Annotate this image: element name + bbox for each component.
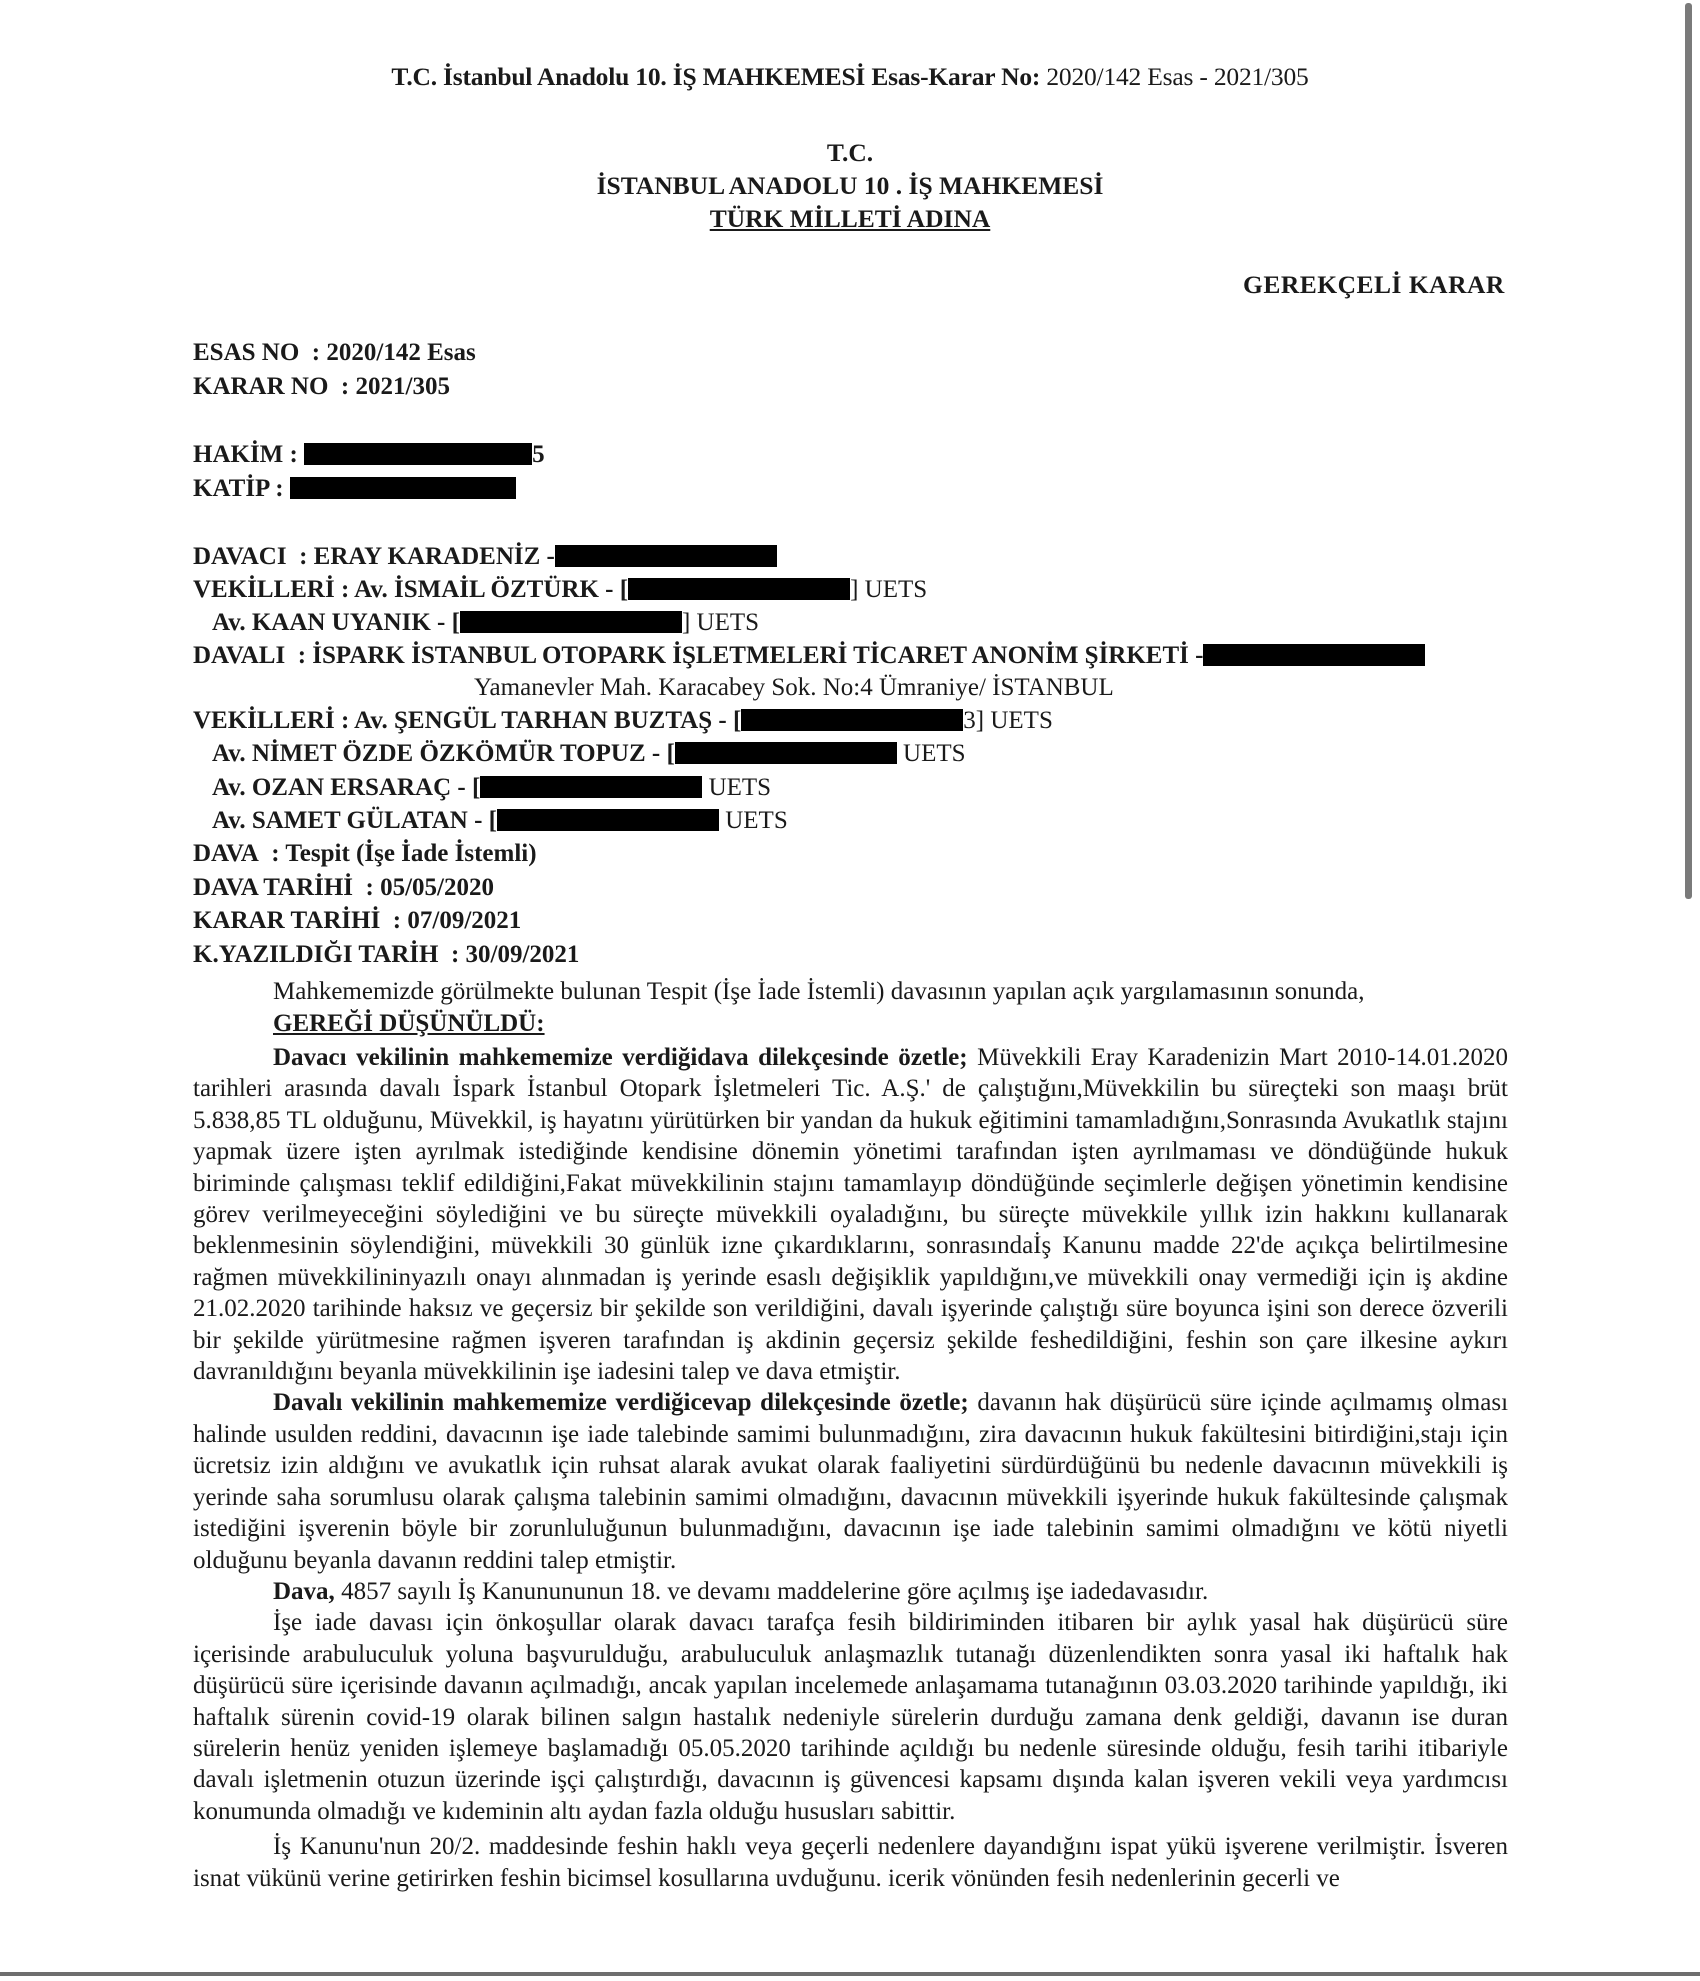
davali-vekil-2-suffix: UETS	[903, 740, 966, 767]
paragraph-text: İş Kanunu'nun 20/2. maddesinde feshin ha…	[193, 1833, 1508, 1891]
davaci-vekil-2: Av. KAAN UYANIK - [	[212, 609, 460, 636]
davaci-label: DAVACI	[193, 543, 287, 570]
court-name: İSTANBUL ANADOLU 10 . İŞ MAHKEMESİ	[0, 169, 1700, 202]
paragraph-text: İşe iade davası için önkoşullar olarak d…	[193, 1609, 1508, 1824]
redaction-bar	[304, 443, 532, 465]
davaci-vekil-1: Av. İSMAİL ÖZTÜRK - [	[354, 576, 628, 603]
redaction-bar	[290, 477, 516, 499]
dava-tarihi-label: DAVA TARİHİ	[193, 874, 353, 901]
dava-row: DAVA : Tespit (İşe İade İstemli)	[193, 839, 537, 869]
header-case-number: 2020/142 Esas - 2021/305	[1046, 62, 1308, 91]
paragraph-lead: Davalı vekilinin mahkememize verdiğiceva…	[273, 1389, 969, 1416]
esas-no-row: ESAS NO : 2020/142 Esas	[193, 338, 476, 368]
davali-vekil-1-suffix: 3] UETS	[963, 707, 1053, 734]
karar-tarihi-label: KARAR TARİHİ	[193, 907, 380, 934]
paragraph-case-basis: Dava, 4857 sayılı İş Kanunununun 18. ve …	[193, 1576, 1508, 1607]
davali-row: DAVALI : İSPARK İSTANBUL OTOPARK İŞLETME…	[193, 641, 1425, 671]
paragraph-burden-of-proof: İş Kanunu'nun 20/2. maddesinde feshin ha…	[193, 1831, 1508, 1894]
header-court-label: T.C. İstanbul Anadolu 10. İŞ MAHKEMESİ E…	[391, 62, 1040, 91]
hakim-suffix: 5	[532, 441, 545, 468]
yazildigi-tarih-row: K.YAZILDIĞI TARİH : 30/09/2021	[193, 940, 579, 970]
page-bottom-border	[0, 1972, 1700, 1976]
document-header: T.C. İstanbul Anadolu 10. İŞ MAHKEMESİ E…	[0, 62, 1700, 92]
yazildigi-tarih-value: 30/09/2021	[466, 941, 580, 968]
redaction-bar	[555, 545, 777, 567]
court-nation: TÜRK MİLLETİ ADINA	[0, 202, 1700, 235]
court-title-block: T.C. İSTANBUL ANADOLU 10 . İŞ MAHKEMESİ …	[0, 136, 1700, 235]
karar-no-value: 2021/305	[356, 373, 450, 400]
body-text: Davacı vekilinin mahkememize verdiğidava…	[193, 1042, 1508, 1894]
davaci-vekil-2-row: Av. KAAN UYANIK - [] UETS	[212, 608, 759, 638]
davali-vekil-4: Av. SAMET GÜLATAN - [	[212, 807, 497, 834]
katip-label: KATİP	[193, 475, 269, 502]
davali-vekil-1-row: VEKİLLERİ : Av. ŞENGÜL TARHAN BUZTAŞ - […	[193, 706, 1053, 736]
vekilleri-label: VEKİLLERİ	[193, 576, 335, 603]
yazildigi-tarih-label: K.YAZILDIĞI TARİH	[193, 941, 438, 968]
paragraph-preconditions: İşe iade davası için önkoşullar olarak d…	[193, 1607, 1508, 1827]
davaci-vekil-1-suffix: ] UETS	[850, 576, 927, 603]
karar-tarihi-value: 07/09/2021	[407, 907, 521, 934]
davali-label: DAVALI	[193, 642, 285, 669]
vekilleri-label: VEKİLLERİ	[193, 707, 335, 734]
document-type: GEREKÇELİ KARAR	[1243, 270, 1505, 300]
body-heading: GEREĞİ DÜŞÜNÜLDÜ:	[273, 1010, 545, 1038]
dava-tarihi-value: 05/05/2020	[380, 874, 494, 901]
davaci-row: DAVACI : ERAY KARADENİZ -	[193, 542, 777, 572]
karar-no-row: KARAR NO : 2021/305	[193, 372, 450, 402]
davaci-value: ERAY KARADENİZ -	[314, 543, 555, 570]
karar-tarihi-row: KARAR TARİHİ : 07/09/2021	[193, 906, 521, 936]
davali-vekil-3-suffix: UETS	[709, 774, 772, 801]
dava-tarihi-row: DAVA TARİHİ : 05/05/2020	[193, 873, 494, 903]
davali-vekil-4-row: Av. SAMET GÜLATAN - [ UETS	[212, 806, 788, 836]
davali-vekil-1: Av. ŞENGÜL TARHAN BUZTAŞ - [	[354, 707, 741, 734]
katip-row: KATİP :	[193, 474, 516, 504]
paragraph-text: 4857 sayılı İş Kanunununun 18. ve devamı…	[335, 1578, 1208, 1605]
paragraph-text: Müvekkili Eray Karadenizin Mart 2010-14.…	[193, 1044, 1508, 1385]
dava-value: Tespit (İşe İade İstemli)	[285, 840, 536, 867]
davali-vekil-2: Av. NİMET ÖZDE ÖZKÖMÜR TOPUZ - [	[212, 740, 675, 767]
esas-no-label: ESAS NO	[193, 339, 299, 366]
davali-vekil-3: Av. OZAN ERSARAÇ - [	[212, 774, 480, 801]
redaction-bar	[1203, 644, 1425, 666]
redaction-bar	[480, 776, 702, 798]
davaci-vekil-2-suffix: ] UETS	[682, 609, 759, 636]
document-page: T.C. İstanbul Anadolu 10. İŞ MAHKEMESİ E…	[0, 0, 1680, 1970]
dava-label: DAVA	[193, 840, 259, 867]
vertical-scrollbar[interactable]	[1685, 3, 1692, 899]
redaction-bar	[628, 578, 850, 600]
davali-value: İSPARK İSTANBUL OTOPARK İŞLETMELERİ TİCA…	[312, 642, 1203, 669]
redaction-bar	[460, 611, 682, 633]
paragraph-lead: Dava,	[273, 1578, 335, 1605]
davaci-vekil-1-row: VEKİLLERİ : Av. İSMAİL ÖZTÜRK - [] UETS	[193, 575, 927, 605]
redaction-bar	[675, 742, 897, 764]
paragraph-text: davanın hak düşürücü süre içinde açılmam…	[193, 1389, 1508, 1573]
davali-vekil-2-row: Av. NİMET ÖZDE ÖZKÖMÜR TOPUZ - [ UETS	[212, 739, 966, 769]
esas-no-value: 2020/142 Esas	[326, 339, 475, 366]
redaction-bar	[741, 709, 963, 731]
redaction-bar	[497, 809, 719, 831]
hakim-row: HAKİM : 5	[193, 440, 545, 470]
davali-address: Yamanevler Mah. Karacabey Sok. No:4 Ümra…	[474, 674, 1114, 702]
court-tc: T.C.	[0, 136, 1700, 169]
body-intro: Mahkememizde görülmekte bulunan Tespit (…	[273, 978, 1364, 1006]
davali-vekil-3-row: Av. OZAN ERSARAÇ - [ UETS	[212, 773, 771, 803]
karar-no-label: KARAR NO	[193, 373, 328, 400]
paragraph-lead: Davacı vekilinin mahkememize verdiğidava…	[273, 1044, 968, 1071]
paragraph-defendant-response: Davalı vekilinin mahkememize verdiğiceva…	[193, 1387, 1508, 1575]
davali-vekil-4-suffix: UETS	[725, 807, 788, 834]
paragraph-plaintiff-claim: Davacı vekilinin mahkememize verdiğidava…	[193, 1042, 1508, 1387]
hakim-label: HAKİM	[193, 441, 283, 468]
